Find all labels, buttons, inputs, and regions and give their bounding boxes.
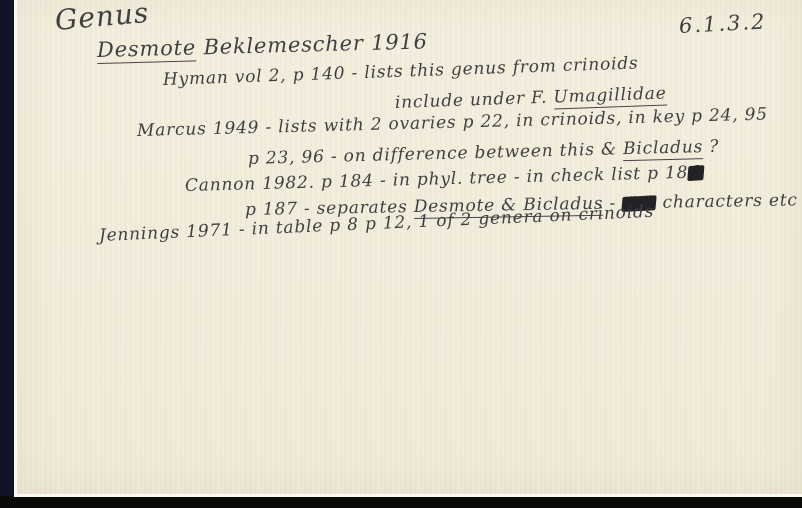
genus-heading: Genus xyxy=(54,0,151,37)
note-text: ? xyxy=(703,137,720,157)
family-name: Umagillidae xyxy=(553,84,667,110)
genus-authority: Beklemescher 1916 xyxy=(196,29,428,59)
genus-title-line: Desmote Beklemescher 1916 xyxy=(97,29,428,62)
genus-name: Desmote xyxy=(97,35,197,64)
note-text: characters etc xyxy=(656,190,798,212)
scribble-mark: 8 xyxy=(688,165,705,181)
scanned-index-card: Genus 6.1.3.2 Desmote Beklemescher 1916 … xyxy=(0,0,802,508)
index-card: Genus 6.1.3.2 Desmote Beklemescher 1916 … xyxy=(14,0,802,497)
catalog-number: 6.1.3.2 xyxy=(678,9,767,38)
note-line-hyman: Hyman vol 2, p 140 - lists this genus fr… xyxy=(163,53,639,90)
scan-bottom-border xyxy=(0,496,802,508)
note-text: include under F. xyxy=(395,87,554,113)
genus-reference: Bicladus xyxy=(623,137,704,161)
note-text: p 23, 96 - on difference between this & xyxy=(248,139,624,169)
note-text: Hyman vol 2, p 140 - lists this genus fr… xyxy=(163,53,639,90)
